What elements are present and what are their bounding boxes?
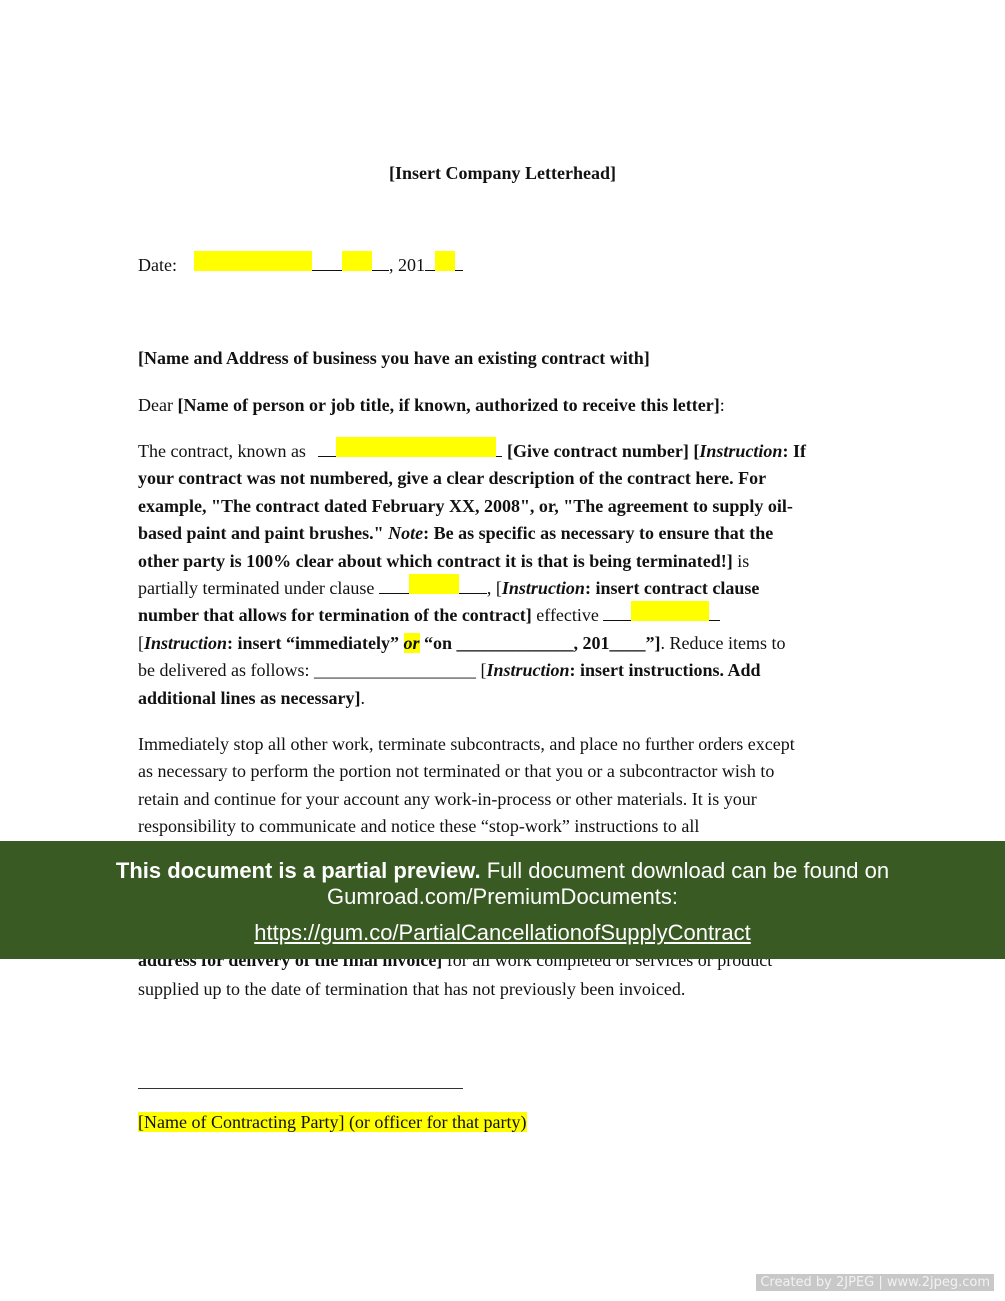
text: your contract was not numbered, give a c… (138, 465, 868, 492)
text: responsibility to communicate and notice… (138, 813, 868, 840)
text: Instruction (699, 441, 782, 461)
banner-bold-text: This document is a partial preview. (116, 858, 481, 883)
text: “on _____________, 201____”] (420, 633, 661, 653)
watermark-badge: Created by 2JPEG | www.2jpeg.com (756, 1274, 994, 1291)
date-separator: , 201 (389, 255, 425, 275)
text: [Give contract number] [ (507, 441, 699, 461)
date-label: Date: (138, 255, 177, 275)
text: retain and continue for your account any… (138, 786, 868, 813)
banner-line2: Gumroad.com/PremiumDocuments: (0, 884, 1005, 910)
text: is (733, 551, 750, 571)
text: Immediately stop all other work, termina… (138, 731, 868, 758)
text: . (361, 688, 366, 708)
text: as necessary to perform the portion not … (138, 758, 868, 785)
effective-date-field[interactable] (603, 604, 720, 621)
text: effective (532, 605, 604, 625)
text: partially terminated under clause (138, 578, 379, 598)
stop-work-paragraph: Immediately stop all other work, termina… (138, 731, 868, 841)
banner-text: Full document download can be found on (481, 858, 890, 883)
recipient-block: [Name and Address of business you have a… (138, 347, 650, 369)
text: Instruction (502, 578, 585, 598)
salutation-prefix: Dear (138, 395, 177, 415)
text: Instruction (486, 660, 569, 680)
clause-field[interactable] (379, 577, 487, 594)
text: Note (388, 523, 423, 543)
document-page: [Insert Company Letterhead] Date: , 201 … (0, 0, 1005, 1301)
text: additional lines as necessary] (138, 688, 361, 708)
text: : insert contract clause (585, 578, 759, 598)
preview-banner: This document is a partial preview. Full… (0, 841, 1005, 959)
text: . Reduce items to (661, 633, 786, 653)
contract-number-field[interactable] (318, 440, 502, 457)
date-month-day-field[interactable] (194, 254, 389, 271)
download-link[interactable]: https://gum.co/PartialCancellationofSupp… (254, 920, 750, 945)
text: : Be as specific as necessary to ensure … (423, 523, 773, 543)
salutation: Dear [Name of person or job title, if kn… (138, 394, 725, 416)
text: other party is 100% clear about which co… (138, 551, 733, 571)
text: : insert instructions. Add (570, 660, 761, 680)
text: be delivered as follows: _______________… (138, 660, 486, 680)
or-highlight: or (404, 633, 420, 653)
signature-line (138, 1088, 463, 1089)
text: number that allows for termination of th… (138, 605, 532, 625)
text: based paint and paint brushes." (138, 523, 388, 543)
text: : If (782, 441, 806, 461)
termination-paragraph: The contract, known as [Give contract nu… (138, 438, 868, 712)
signature-name-text: [Name of Contracting Party] (or officer … (138, 1112, 527, 1132)
date-year-field[interactable] (425, 254, 463, 271)
text: , [ (487, 578, 502, 598)
text: The contract, known as (138, 441, 306, 461)
text: : insert “immediately” (227, 633, 403, 653)
text: Instruction (144, 633, 227, 653)
salutation-name: [Name of person or job title, if known, … (177, 395, 719, 415)
letterhead-placeholder: [Insert Company Letterhead] (0, 163, 1005, 184)
signature-name: [Name of Contracting Party] (or officer … (138, 1112, 527, 1133)
invoice-line: supplied up to the date of termination t… (138, 978, 685, 1000)
banner-message: This document is a partial preview. Full… (0, 858, 1005, 884)
text: example, "The contract dated February XX… (138, 493, 868, 520)
date-line: Date: , 201 (138, 254, 463, 276)
salutation-suffix: : (720, 395, 725, 415)
